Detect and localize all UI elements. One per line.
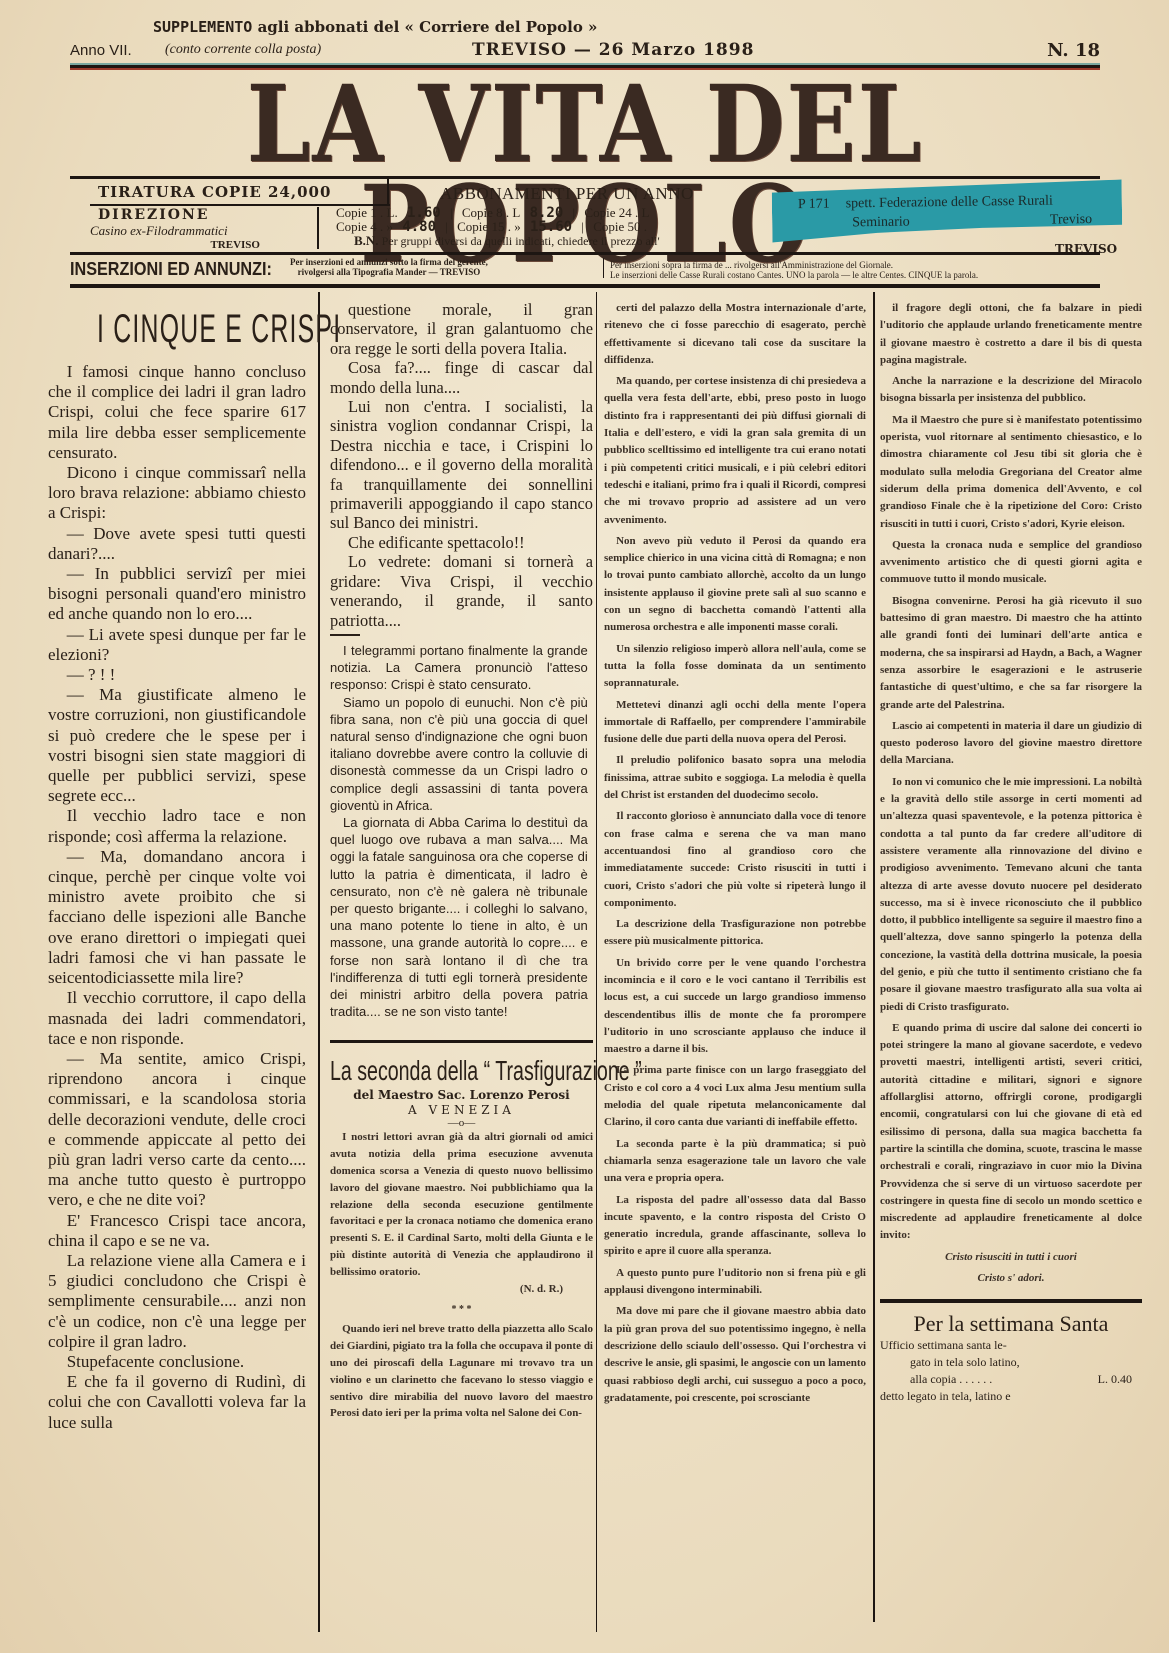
paragraph: Ma dove mi pare che il giovane maestro a… [604, 1303, 866, 1407]
section-separator [330, 634, 360, 636]
article2-end: il fragore degli ottoni, che fa balzare … [880, 300, 1142, 1245]
rule [70, 176, 1100, 179]
tiratura: TIRATURA COPIE 24,000 [98, 183, 331, 201]
paragraph: Mettetevi dinanzi agli occhi della mente… [604, 697, 866, 749]
article2-intro: I nostri lettori avran già da altri gior… [330, 1129, 593, 1422]
supplement-label: SUPPLEMENTO [153, 18, 252, 36]
paragraph: — Ma, domandano ancora i cinque, perchè … [48, 847, 306, 988]
article-title: I CINQUE E CRISPI [97, 306, 257, 352]
paragraph: — Dove avete spesi tutti questi danari?.… [48, 524, 306, 564]
supplement-line: SUPPLEMENTO agli abbonati del « Corriere… [153, 18, 597, 36]
paragraph: Siamo un popolo di eunuchi. Non c'è più … [330, 694, 588, 814]
paragraph: I telegrammi portano finalmente la grand… [330, 642, 588, 694]
copie-label: Copie 24 . L [584, 206, 649, 219]
paragraph: Lascio ai competenti in materia il dare … [880, 718, 1142, 770]
article2-title: La seconda della “ Trasfigurazione ” [330, 1055, 588, 1087]
article-rule [330, 1040, 593, 1043]
rule [70, 284, 1100, 288]
advert-title: Per la settimana Santa [880, 1311, 1142, 1337]
paragraph: Lo vedrete: domani si tornerà a gridare:… [330, 552, 593, 630]
paragraph: Anche la narrazione e la descrizione del… [880, 373, 1142, 408]
paragraph: La giornata di Abba Carima lo destituì d… [330, 814, 588, 1020]
anno: Anno VII. [70, 42, 132, 59]
paragraph: Bisogna convenirne. Perosi ha già ricevu… [880, 593, 1142, 714]
signature: (N. d. R.) [330, 1281, 593, 1298]
asterism: * * * [330, 1303, 593, 1317]
inserzioni-left: Per inserzioni ed annunzi sotto la firma… [290, 257, 488, 277]
paragraph: La risposta del padre all'ossesso data d… [604, 1192, 866, 1261]
inserzioni-right-line: Le inserzioni delle Casse Rurali costano… [610, 270, 978, 280]
article-telegram-section: I telegrammi portano finalmente la grand… [330, 642, 588, 1020]
column-3: certi del palazzo della Mostra internazi… [604, 300, 866, 1411]
newspaper-page: SUPPLEMENTO agli abbonati del « Corriere… [0, 0, 1169, 1653]
paragraph: — Li avete spesi dunque per far le elezi… [48, 625, 306, 665]
paragraph: A questo punto pure l'uditorio non si fr… [604, 1265, 866, 1300]
verse: Cristo s' adori. [880, 1270, 1142, 1287]
paragraph: Quando ieri nel breve tratto della piazz… [330, 1321, 593, 1422]
inserzioni-left-line: Per inserzioni ed annunzi sotto la firma… [290, 257, 488, 267]
article2-subtitle: del Maestro Sac. Lorenzo Perosi [330, 1087, 593, 1103]
paragraph: Il vecchio ladro tace e non risponde; co… [48, 806, 306, 846]
divider [603, 258, 604, 278]
paragraph: Il racconto glorioso è annunciato dalla … [604, 808, 866, 912]
paragraph: E quando prima di uscire dal salone dei … [880, 1020, 1142, 1245]
paragraph: Il vecchio corruttore, il capo della mas… [48, 988, 306, 1049]
direzione-city: TREVISO [70, 239, 260, 251]
paragraph: Lui non c'entra. I socialisti, la sinist… [330, 397, 593, 533]
price-value: 15.60 [530, 221, 572, 234]
article2-place: A VENEZIA [330, 1103, 593, 1117]
paragraph: La prima parte finisce con un largo fras… [604, 1062, 866, 1131]
note-label: B.N. [354, 233, 379, 248]
direzione-block: DIREZIONE Casino ex-Filodrammatici TREVI… [70, 207, 260, 251]
article-rule [880, 1299, 1142, 1303]
paragraph: E' Francesco Crispi tace ancora, china i… [48, 1211, 306, 1251]
copie-label: Copie 8 . L [462, 206, 521, 219]
label-code: P 171 [798, 197, 830, 212]
advert-line: gato in tela solo latino, [880, 1354, 1142, 1371]
paragraph: il fragore degli ottoni, che fa balzare … [880, 300, 1142, 369]
paragraph: E che fa il governo di Rudinì, di colui … [48, 1372, 306, 1433]
inserzioni-right-line: Per inserzioni sopra la firma de ... riv… [610, 260, 978, 270]
divider [317, 207, 319, 249]
paragraph: Che edificante spettacolo!! [330, 533, 593, 552]
paragraph: — Ma sentite, amico Crispi, riprendono a… [48, 1049, 306, 1211]
label-line2-right: Treviso [1050, 212, 1093, 229]
paragraph: I nostri lettori avran già da altri gior… [330, 1129, 593, 1280]
paragraph: — ? ! ! [48, 665, 306, 685]
paragraph: Un silenzio religioso imperò allora nell… [604, 641, 866, 693]
paragraph: Ma il Maestro che pure si è manifestato … [880, 412, 1142, 533]
paragraph: Stupefacente conclusione. [48, 1352, 306, 1372]
price-row: Copie 4 . » 4.80 | Copie 15 . » 15.60 | … [336, 220, 660, 234]
advert: Ufficio settimana santa le- gato in tela… [880, 1337, 1142, 1405]
price-value: 4.80 [402, 221, 436, 234]
advert-price: L. 0.40 [1098, 1371, 1132, 1388]
column-divider [596, 292, 597, 1632]
supplement-text: agli abbonati del « Corriere del Popolo … [258, 18, 598, 36]
conto-corrente: (conto corrente colla posta) [165, 42, 321, 58]
paragraph: Ma quando, per cortese insistenza di chi… [604, 373, 866, 529]
direzione-title: DIREZIONE [70, 207, 260, 223]
verse: Cristo risusciti in tutti i cuori [880, 1249, 1142, 1266]
paragraph: Non avevo più veduto il Perosi da quando… [604, 533, 866, 637]
paragraph: certi del palazzo della Mostra internazi… [604, 300, 866, 369]
paragraph: La descrizione della Trasfigurazione non… [604, 916, 866, 951]
paragraph: Io non vi comunico che le mie impression… [880, 774, 1142, 1016]
abbonamenti-heading: ABBONAMENTI PER UN ANNO [440, 184, 694, 204]
paragraph: — Ma giustificate almeno le vostre corru… [48, 685, 306, 806]
divider [387, 178, 389, 206]
inserzioni-right: Per inserzioni sopra la firma de ... riv… [610, 260, 978, 280]
paragraph: questione morale, il gran conservatore, … [330, 300, 593, 358]
direzione-place: Casino ex-Filodrammatici [70, 223, 260, 239]
city-date: TREVISO — 26 Marzo 1898 [472, 40, 754, 60]
inserzioni-title: INSERZIONI ED ANNUNZI: [70, 259, 272, 280]
price-row: Copie 1 . L. 1.60 | Copie 8 . L 8.20 | C… [336, 206, 660, 220]
column-4: il fragore degli ottoni, che fa balzare … [880, 300, 1142, 1405]
paragraph: La relazione viene alla Camera e i 5 giu… [48, 1251, 306, 1352]
issue-number: N. 18 [1047, 40, 1100, 61]
masthead-title: LA VITA DEL POPOLO [142, 74, 1028, 174]
price-note: B.N. Per gruppi diversi da quelli indica… [336, 234, 660, 248]
note-text: Per gruppi diversi da quelli indicati, c… [382, 235, 660, 248]
column-2: questione morale, il gran conservatore, … [330, 300, 593, 1422]
advert-price-row: alla copia . . . . . .L. 0.40 [880, 1371, 1142, 1388]
label-addressee: spett. Federazione delle Casse Rurali [846, 194, 1053, 212]
ornament: —o— [330, 1117, 593, 1129]
advert-line: Ufficio settimana santa le- [880, 1337, 1142, 1354]
advert-line: detto legato in tela, latino e [880, 1388, 1142, 1405]
rule [70, 252, 1100, 255]
paragraph: Cosa fa?.... finge di cascar dal mondo d… [330, 358, 593, 397]
column-1: I CINQUE E CRISPI I famosi cinque hanno … [48, 300, 306, 1433]
column-divider [318, 292, 320, 1632]
advert-line: alla copia . . . . . . [910, 1371, 992, 1388]
paragraph: Questa la cronaca nuda e semplice del gr… [880, 537, 1142, 589]
paragraph: I famosi cinque hanno concluso che il co… [48, 362, 306, 463]
copie-label: Copie 50 . [593, 220, 647, 233]
mailing-label: P 171spett. Federazione delle Casse Rura… [772, 180, 1123, 243]
inserzioni-left-line: rivolgersi alla Tipografia Mander — TREV… [290, 267, 488, 277]
article-continued: questione morale, il gran conservatore, … [330, 300, 593, 630]
copie-label: Copie 15 . » [457, 220, 521, 233]
paragraph: Un brivido corre per le vene quando l'or… [604, 955, 866, 1059]
article-body: I famosi cinque hanno concluso che il co… [48, 362, 306, 1433]
label-line2-left: Seminario [852, 215, 910, 232]
copie-label: Copie 4 . » [336, 220, 393, 233]
copie-label: Copie 1 . L. [336, 206, 398, 219]
paragraph: Dicono i cinque commissarî nella loro br… [48, 463, 306, 524]
price-table: Copie 1 . L. 1.60 | Copie 8 . L 8.20 | C… [336, 206, 660, 248]
paragraph: Il preludio polifonico basato sopra una … [604, 752, 866, 804]
paragraph: La seconda parte è la più drammatica; si… [604, 1136, 866, 1188]
column-divider [873, 292, 875, 1622]
paragraph: — In pubblici servizî per miei bisogni p… [48, 564, 306, 625]
